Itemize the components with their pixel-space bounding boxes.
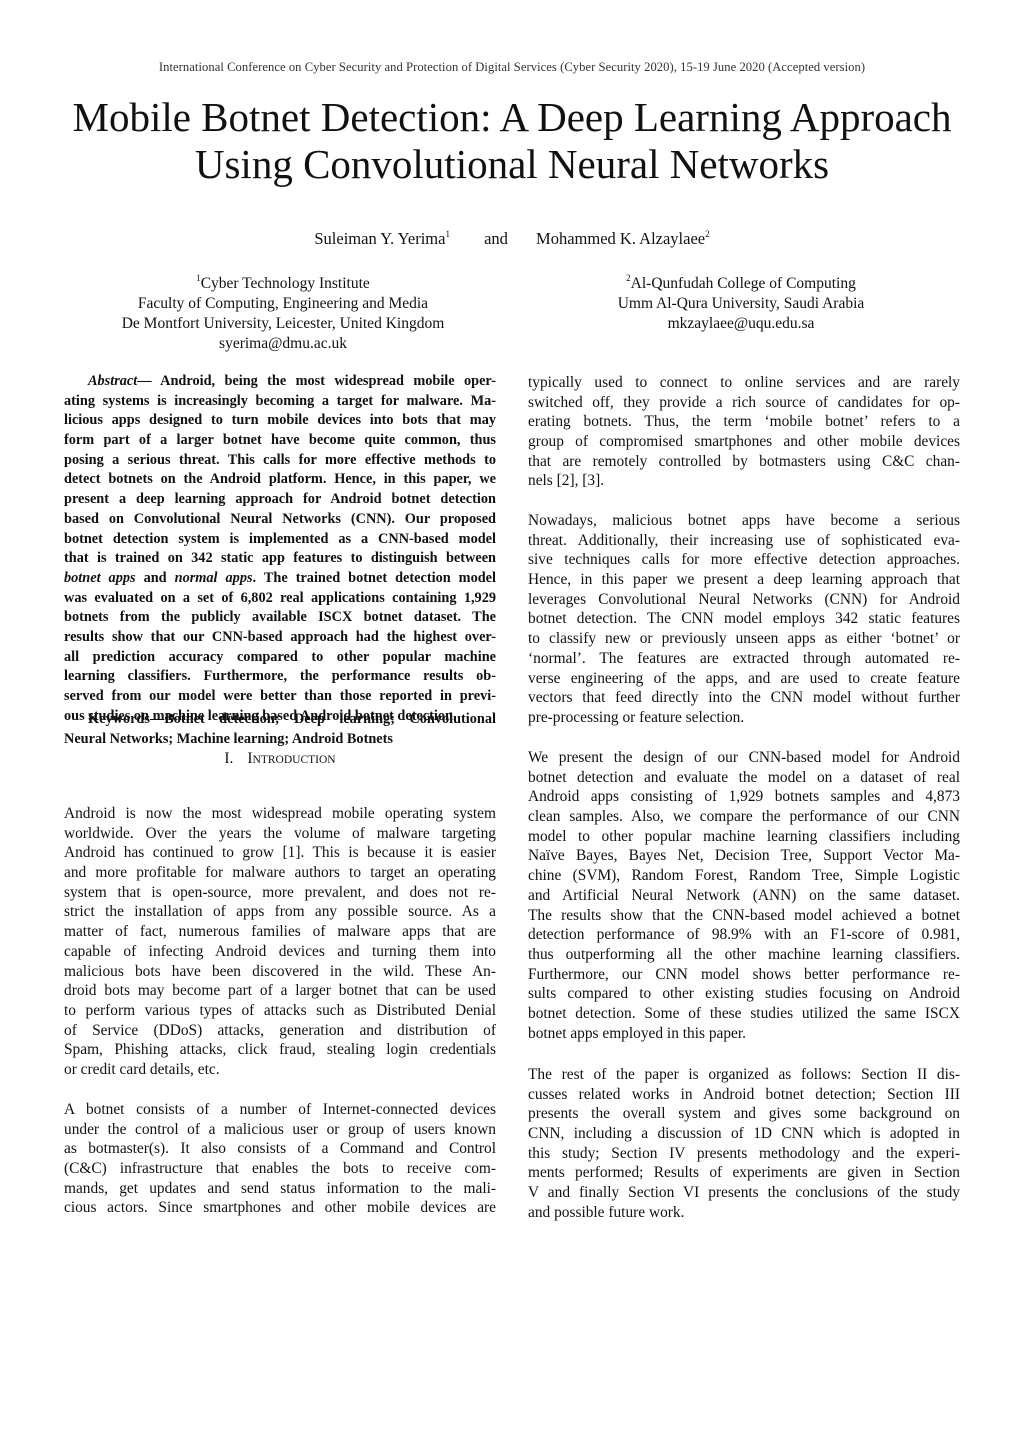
affil-left-line1: Cyber Technology Institute	[201, 275, 370, 292]
affil-right-email[interactable]: mkzaylaee@uqu.edu.sa	[528, 314, 954, 334]
text-line: threat. Additionally, their increasing u…	[528, 531, 960, 551]
abstract-line: botnets from the publicly available ISCX…	[64, 608, 496, 628]
running-header: International Conference on Cyber Securi…	[0, 60, 1024, 75]
abstract-line: posing a serious threat. This calls for …	[64, 451, 496, 471]
text-line: and Artificial Neural Network (ANN) on t…	[528, 886, 960, 906]
text-line: Naïve Bayes, Bayes Net, Decision Tree, S…	[528, 846, 960, 866]
abstract-line: botnet detection system is implemented a…	[64, 530, 496, 550]
text-line: droid bots may become part of a larger b…	[64, 981, 496, 1001]
text-line: malicious bots have been discovered in t…	[64, 962, 496, 982]
abstract-line: ating systems is increasingly becoming a…	[64, 392, 496, 412]
text-line: cious actors. Since smartphones and othe…	[64, 1198, 496, 1218]
text-line: A botnet consists of a number of Interne…	[64, 1100, 496, 1120]
text-line: (C&C) infrastructure that enables the bo…	[64, 1159, 496, 1179]
text-line: Hence, in this paper we present a deep l…	[528, 570, 960, 590]
text-line: worldwide. Over the years the volume of …	[64, 824, 496, 844]
text-line: this study; Section IV presents methodol…	[528, 1144, 960, 1164]
text-line: botnet detection. The CNN model employs …	[528, 609, 960, 629]
affiliation-left: 1Cyber Technology Institute Faculty of C…	[70, 274, 496, 354]
text-line: and more profitable for malware authors …	[64, 863, 496, 883]
text-line: under the control of a malicious user or…	[64, 1120, 496, 1140]
text-line: or credit card details, etc.	[64, 1060, 496, 1080]
text-line: to perform various types of attacks such…	[64, 1001, 496, 1021]
abstract-line: botnet apps and normal apps. The trained…	[64, 569, 496, 589]
abstract-line: was evaluated on a set of 6,802 real app…	[64, 589, 496, 609]
abstract-line: all prediction accuracy compared to othe…	[64, 648, 496, 668]
text-line: sults compared to other existing studies…	[528, 984, 960, 1004]
text-line: switched off, they provide a rich source…	[528, 393, 960, 413]
text-line: matter of fact, numerous families of mal…	[64, 922, 496, 942]
abstract-line: served from our model were better than t…	[64, 687, 496, 707]
text-line: ‘normal’. The features are extracted thr…	[528, 649, 960, 669]
keywords-line: Neural Networks; Machine learning; Andro…	[64, 730, 496, 750]
affil-right-line2: Umm Al-Qura University, Saudi Arabia	[528, 294, 954, 314]
text-line: as botmaster(s). It also consists of a C…	[64, 1139, 496, 1159]
keywords: Keywords—Botnet detection; Deep learning…	[64, 710, 496, 749]
text-line: sive techniques calls for more effective…	[528, 550, 960, 570]
text-line: cusses related works in Android botnet d…	[528, 1085, 960, 1105]
text-line: typically used to connect to online serv…	[528, 373, 960, 393]
intro-paragraph-6: The rest of the paper is organized as fo…	[528, 1065, 960, 1223]
author-conjunction: and	[484, 229, 508, 249]
text-line: detection performance of 98.9% with an F…	[528, 925, 960, 945]
text-line: thus outperforming all the other machine…	[528, 945, 960, 965]
text-line: botnet apps employed in this paper.	[528, 1024, 960, 1044]
affiliation-right: 2Al-Qunfudah College of Computing Umm Al…	[528, 274, 954, 334]
abstract-line: present a deep learning approach for And…	[64, 490, 496, 510]
text-line: Furthermore, our CNN model shows better …	[528, 965, 960, 985]
text-line: CNN, including a discussion of 1D CNN wh…	[528, 1124, 960, 1144]
text-line: The results show that the CNN-based mode…	[528, 906, 960, 926]
text-line: to classify new or previously unseen app…	[528, 629, 960, 649]
text-line: botnet detection. Some of these studies …	[528, 1004, 960, 1024]
affil-left-email[interactable]: syerima@dmu.ac.uk	[70, 334, 496, 354]
text-line: Android has continued to grow [1]. This …	[64, 843, 496, 863]
abstract: Abstract— Android, being the most widesp…	[64, 372, 496, 726]
text-line: presents the overall system and gives so…	[528, 1104, 960, 1124]
text-line: Android apps consisting of 1,929 botnets…	[528, 787, 960, 807]
keywords-line: Keywords—Botnet detection; Deep learning…	[64, 710, 496, 730]
text-line: leverages Convolutional Neural Networks …	[528, 590, 960, 610]
text-line: system that is open-source, more prevale…	[64, 883, 496, 903]
text-line: chine (SVM), Random Forest, Random Tree,…	[528, 866, 960, 886]
text-line: V and finally Section VI presents the co…	[528, 1183, 960, 1203]
author-line: Suleiman Y. Yerima1 and Mohammed K. Alza…	[0, 229, 1024, 249]
text-line: botnet detection and evaluate the model …	[528, 768, 960, 788]
text-line: of Service (DDoS) attacks, generation an…	[64, 1021, 496, 1041]
abstract-line: learning classifiers. Furthermore, the p…	[64, 667, 496, 687]
text-line: group of compromised smartphones and oth…	[528, 432, 960, 452]
intro-paragraph-5: We present the design of our CNN-based m…	[528, 748, 960, 1043]
intro-paragraph-2: A botnet consists of a number of Interne…	[64, 1100, 496, 1218]
abstract-label: Abstract	[88, 373, 137, 389]
text-line: that are remotely controlled by botmaste…	[528, 452, 960, 472]
title-line-2: Using Convolutional Neural Networks	[0, 141, 1024, 188]
text-line: mands, get updates and send status infor…	[64, 1179, 496, 1199]
intro-paragraph-1: Android is now the most widespread mobil…	[64, 804, 496, 1080]
author-2-sup: 2	[705, 229, 710, 239]
paper-title: Mobile Botnet Detection: A Deep Learning…	[0, 94, 1024, 188]
text-line: strict the installation of apps from any…	[64, 902, 496, 922]
abstract-line: detect botnets on the Android platform. …	[64, 470, 496, 490]
abstract-line: that is trained on 342 static app featur…	[64, 549, 496, 569]
text-line: model to other popular machine learning …	[528, 827, 960, 847]
text-line: verse engineering of the apps, and are u…	[528, 669, 960, 689]
affil-left-line2: Faculty of Computing, Engineering and Me…	[70, 294, 496, 314]
intro-paragraph-4: Nowadays, malicious botnet apps have bec…	[528, 511, 960, 728]
intro-paragraph-3: typically used to connect to online serv…	[528, 373, 960, 491]
text-line: clean samples. Also, we compare the perf…	[528, 807, 960, 827]
abstract-line: results show that our CNN-based approach…	[64, 628, 496, 648]
author-1-name: Suleiman Y. Yerima	[314, 229, 445, 248]
section-heading-introduction: I.INTRODUCTION	[64, 750, 496, 768]
abstract-line: licious apps designed to turn mobile dev…	[64, 411, 496, 431]
abstract-line: Abstract— Android, being the most widesp…	[64, 372, 496, 392]
text-line: Spam, Phishing attacks, click fraud, ste…	[64, 1040, 496, 1060]
text-line: nels [2], [3].	[528, 471, 960, 491]
text-line: capable of infecting Android devices and…	[64, 942, 496, 962]
affil-left-line3: De Montfort University, Leicester, Unite…	[70, 314, 496, 334]
author-2-name: Mohammed K. Alzaylaee	[536, 229, 705, 248]
text-line: erating botnets. Thus, the term ‘mobile …	[528, 412, 960, 432]
text-line: and possible future work.	[528, 1203, 960, 1223]
section-number: I.	[224, 750, 233, 767]
text-line: Nowadays, malicious botnet apps have bec…	[528, 511, 960, 531]
text-line: ments performed; Results of experiments …	[528, 1163, 960, 1183]
text-line: Android is now the most widespread mobil…	[64, 804, 496, 824]
text-line: pre-processing or feature selection.	[528, 708, 960, 728]
title-line-1: Mobile Botnet Detection: A Deep Learning…	[0, 94, 1024, 141]
author-1-sup: 1	[445, 229, 450, 239]
affil-right-line1: Al-Qunfudah College of Computing	[631, 275, 856, 292]
text-line: vectors that feed directly into the CNN …	[528, 688, 960, 708]
abstract-line: form part of a larger botnet have become…	[64, 431, 496, 451]
abstract-line: based on Convolutional Neural Networks (…	[64, 510, 496, 530]
text-line: The rest of the paper is organized as fo…	[528, 1065, 960, 1085]
text-line: We present the design of our CNN-based m…	[528, 748, 960, 768]
